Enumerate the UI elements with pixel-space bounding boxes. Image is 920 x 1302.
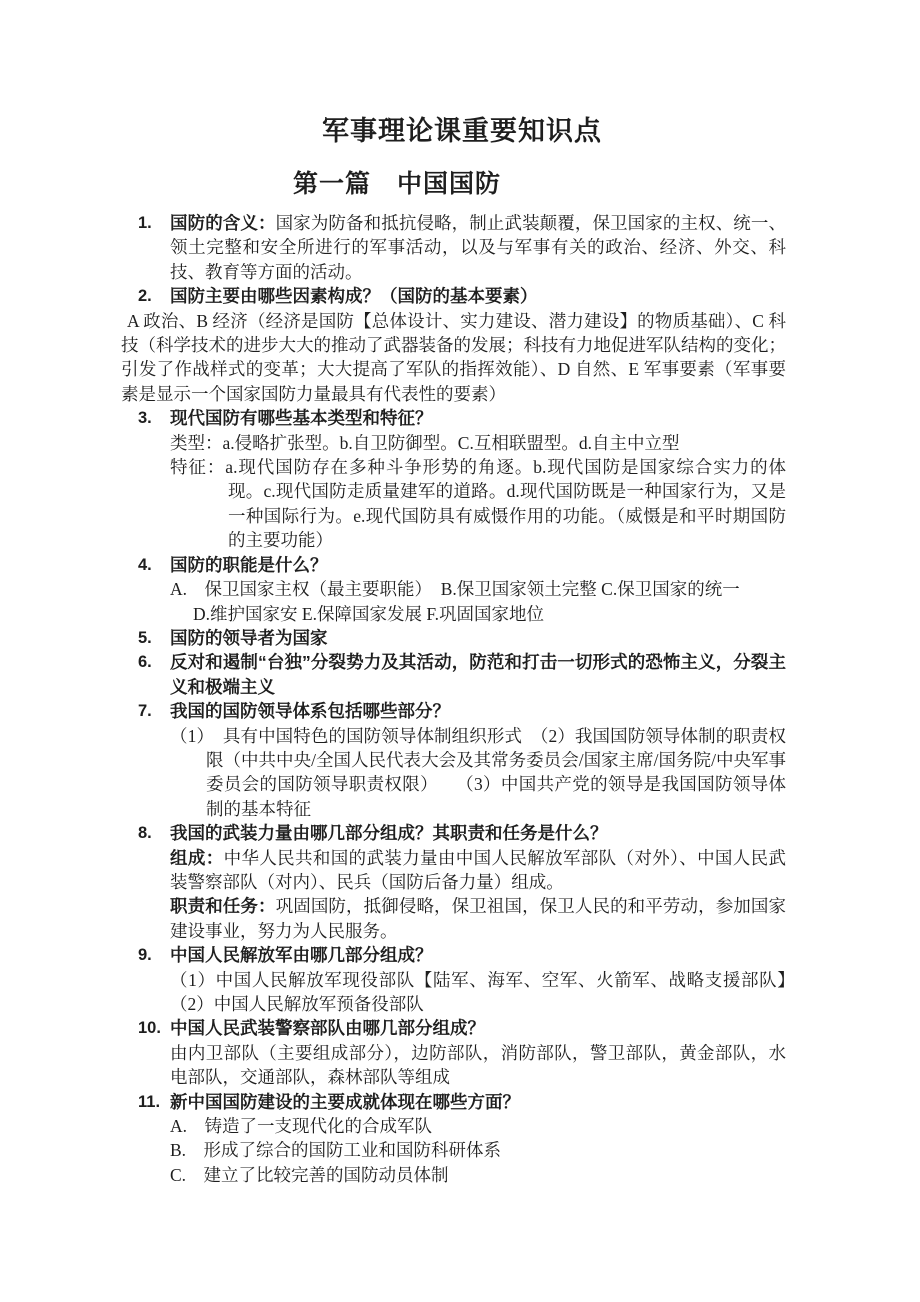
item-11-point-c: C. 建立了比较完善的国防动员体制 <box>170 1163 786 1187</box>
item-3-question: 现代国防有哪些基本类型和特征？ <box>170 406 786 430</box>
item-10-answer: 由内卫部队（主要组成部分），边防部队，消防部队，警卫部队，黄金部队，水电部队，交… <box>170 1041 786 1090</box>
item-number: 9. <box>138 943 152 967</box>
item-3-types: 类型：a.侵略扩张型。b.自卫防御型。C.互相联盟型。d.自主中立型 <box>170 431 786 455</box>
item-1-term: 国防的含义： <box>170 213 276 233</box>
item-8-question: 我国的武装力量由哪几部分组成？其职责和任务是什么？ <box>170 821 786 845</box>
item-1-paragraph: 国防的含义：国家为防备和抵抗侵略，制止武装颠覆，保卫国家的主权、统一、领土完整和… <box>170 211 786 284</box>
item-8-duties: 职责和任务：巩固国防，抵御侵略，保卫祖国，保卫人民的和平劳动，参加国家建设事业，… <box>170 894 786 943</box>
composition-label: 组成： <box>170 848 224 868</box>
page-title: 军事理论课重要知识点 <box>138 114 786 148</box>
features-label: 特征： <box>170 457 225 477</box>
list-item-10: 10. 中国人民武装警察部队由哪几部分组成？ 由内卫部队（主要组成部分），边防部… <box>138 1016 786 1089</box>
item-2-question: 国防主要由哪些因素构成？（国防的基本要素） <box>170 284 786 308</box>
list-item-6: 6. 反对和遏制“台独”分裂势力及其活动，防范和打击一切形式的恐怖主义，分裂主义… <box>138 650 786 699</box>
item-9-answer: （1）中国人民解放军现役部队【陆军、海军、空军、火箭军、战略支援部队】 （2）中… <box>170 968 786 1017</box>
item-8-composition: 组成：中华人民共和国的武装力量由中国人民解放军部队（对外）、中国人民武装警察部队… <box>170 846 786 895</box>
list-item-11: 11. 新中国国防建设的主要成就体现在哪些方面？ A. 铸造了一支现代化的合成军… <box>138 1090 786 1188</box>
list-item-9: 9. 中国人民解放军由哪几部分组成？ （1）中国人民解放军现役部队【陆军、海军、… <box>138 943 786 1016</box>
item-9-question: 中国人民解放军由哪几部分组成？ <box>170 943 786 967</box>
duties-label: 职责和任务： <box>170 896 276 916</box>
list-item-1: 1. 国防的含义：国家为防备和抵抗侵略，制止武装颠覆，保卫国家的主权、统一、领土… <box>138 211 786 284</box>
item-3-features: 特征：a.现代国防存在多种斗争形势的角逐。b.现代国防是国家综合实力的体现。c.… <box>170 455 786 553</box>
item-6-statement: 反对和遏制“台独”分裂势力及其活动，防范和打击一切形式的恐怖主义，分裂主义和极端… <box>170 650 786 699</box>
item-number: 8. <box>138 821 152 845</box>
item-number: 3. <box>138 406 152 430</box>
item-11-point-b: B. 形成了综合的国防工业和国防科研体系 <box>170 1138 786 1162</box>
item-number: 1. <box>138 211 152 235</box>
list-item-4: 4. 国防的职能是什么？ A. 保卫国家主权（最主要职能） B.保卫国家领土完整… <box>138 553 786 626</box>
item-7-question: 我国的国防领导体系包括哪些部分？ <box>170 699 786 723</box>
item-4-options-line-1: A. 保卫国家主权（最主要职能） B.保卫国家领土完整 C.保卫国家的统一 <box>170 577 786 601</box>
item-number: 10. <box>138 1016 161 1040</box>
list-item-7: 7. 我国的国防领导体系包括哪些部分？ （1） 具有中国特色的国防领导体制组织形… <box>138 699 786 821</box>
item-number: 2. <box>138 284 152 308</box>
item-number: 6. <box>138 650 152 674</box>
list-item-8: 8. 我国的武装力量由哪几部分组成？其职责和任务是什么？ 组成：中华人民共和国的… <box>138 821 786 943</box>
item-5-statement: 国防的领导者为国家 <box>170 626 786 650</box>
item-4-options-line-2: D.维护国家安 E.保障国家发展 F.巩固国家地位 <box>170 602 786 626</box>
list-item-2: 2. 国防主要由哪些因素构成？（国防的基本要素） A 政治、B 经济（经济是国防… <box>138 284 786 406</box>
knowledge-point-list: 1. 国防的含义：国家为防备和抵抗侵略，制止武装颠覆，保卫国家的主权、统一、领土… <box>138 211 786 1187</box>
item-2-answer: A 政治、B 经济（经济是国防【总体设计、实力建设、潜力建设】的物质基础）、C … <box>121 309 786 407</box>
item-10-question: 中国人民武装警察部队由哪几部分组成？ <box>170 1016 786 1040</box>
item-11-question: 新中国国防建设的主要成就体现在哪些方面？ <box>170 1090 786 1114</box>
types-label: 类型： <box>170 433 223 453</box>
item-4-question: 国防的职能是什么？ <box>170 553 786 577</box>
item-number: 4. <box>138 553 152 577</box>
item-number: 5. <box>138 626 152 650</box>
list-item-5: 5. 国防的领导者为国家 <box>138 626 786 650</box>
document-page: 军事理论课重要知识点 第一篇 中国国防 1. 国防的含义：国家为防备和抵抗侵略，… <box>0 0 920 1187</box>
item-11-point-a: A. 铸造了一支现代化的合成军队 <box>170 1114 786 1138</box>
item-number: 11. <box>138 1090 160 1114</box>
item-number: 7. <box>138 699 152 723</box>
types-text: a.侵略扩张型。b.自卫防御型。C.互相联盟型。d.自主中立型 <box>223 433 680 453</box>
features-text: a.现代国防存在多种斗争形势的角逐。b.现代国防是国家综合实力的体现。c.现代国… <box>225 457 786 550</box>
composition-text: 中华人民共和国的武装力量由中国人民解放军部队（对外）、中国人民武装警察部队（对内… <box>170 848 786 892</box>
list-item-3: 3. 现代国防有哪些基本类型和特征？ 类型：a.侵略扩张型。b.自卫防御型。C.… <box>138 406 786 552</box>
item-7-answer: （1） 具有中国特色的国防领导体制组织形式 （2）我国国防领导体制的职责权限（中… <box>170 724 786 822</box>
section-heading: 第一篇 中国国防 <box>293 170 786 200</box>
